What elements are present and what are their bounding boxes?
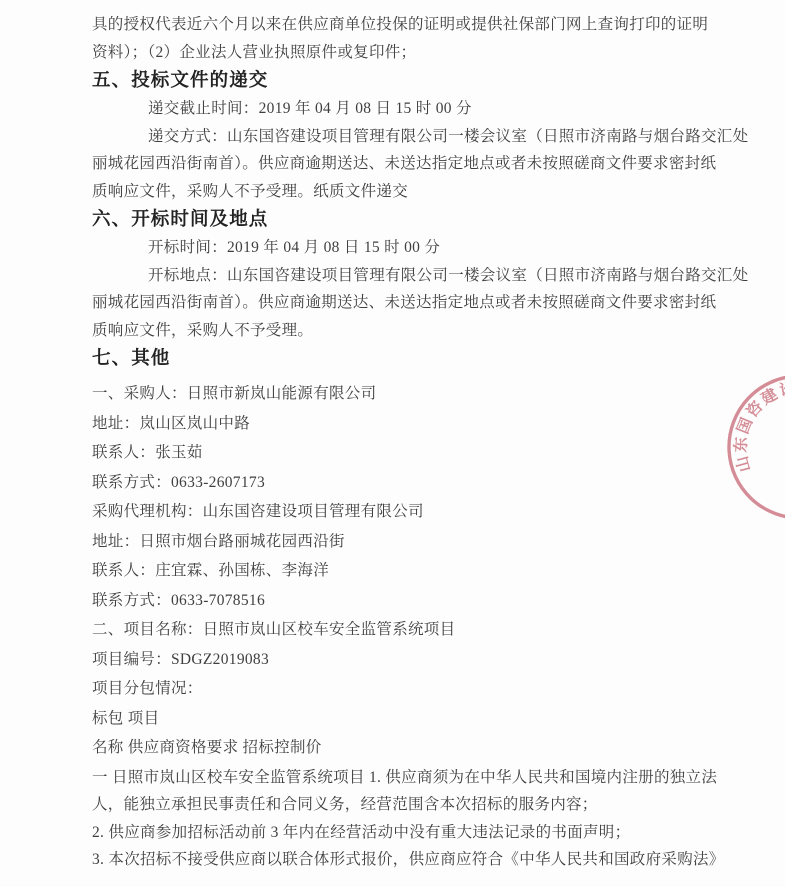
agency-line: 采购代理机构：山东国咨建设项目管理有限公司	[92, 503, 710, 520]
section-heading-bid-opening: 六、开标时间及地点	[92, 210, 710, 230]
svg-text:山东国咨建设项目管理有限公司: 山东国咨建设项目管理有限公司	[715, 362, 785, 532]
purchaser-address-line: 地址：岚山区岚山中路	[92, 415, 710, 432]
submission-method-line: 递交方式：山东国咨建设项目管理有限公司一楼会议室（日照市济南路与烟台路交汇处	[92, 128, 710, 145]
agency-address-line: 地址：日照市烟台路丽城花园西沿街	[92, 533, 710, 550]
project-packages-line: 项目分包情况：	[92, 680, 710, 697]
agency-phone-line: 联系方式：0633-7078516	[92, 592, 710, 609]
project-name-line: 二、项目名称：日照市岚山区校车安全监管系统项目	[92, 621, 710, 638]
agency-contact-line: 联系人：庄宜霖、孙国栋、李海洋	[92, 562, 710, 579]
project-number-line: 项目编号：SDGZ2019083	[92, 651, 710, 668]
section-heading-other: 七、其他	[92, 349, 710, 369]
package-header-line: 标包 项目	[92, 710, 710, 727]
document-line: 丽城花园西沿街南首）。供应商逾期送达、未送达指定地点或者未按照磋商文件要求密封纸	[92, 155, 710, 172]
seal-circular-text: 山东国咨建设项目管理有限公司	[715, 362, 785, 532]
document-line: 资料）；（2）企业法人营业执照原件或复印件；	[92, 44, 710, 61]
package-columns-line: 名称 供应商资格要求 招标控制价	[92, 739, 710, 756]
purchaser-phone-line: 联系方式：0633-2607173	[92, 474, 710, 491]
purchaser-line: 一、采购人：日照市新岚山能源有限公司	[92, 385, 710, 402]
document-body: 具的授权代表近六个月以来在供应商单位投保的证明或提供社保部门网上查询打印的证明 …	[92, 16, 710, 879]
section-heading-submission: 五、投标文件的递交	[92, 71, 710, 91]
bid-opening-time-line: 开标时间：2019 年 04 月 08 日 15 时 00 分	[92, 239, 710, 256]
red-round-seal: 山东国咨建设项目管理有限公司	[715, 362, 785, 532]
document-line: 质响应文件，采购人不予受理。	[92, 322, 710, 339]
qualification-line: 一 日照市岚山区校车安全监管系统项目 1. 供应商须为在中华人民共和国境内注册的…	[92, 769, 710, 786]
document-line: 具的授权代表近六个月以来在供应商单位投保的证明或提供社保部门网上查询打印的证明	[92, 16, 710, 33]
purchaser-contact-line: 联系人：张玉茹	[92, 444, 710, 461]
bid-opening-place-line: 开标地点：山东国咨建设项目管理有限公司一楼会议室（日照市济南路与烟台路交汇处	[92, 267, 710, 284]
scanned-document-page: 具的授权代表近六个月以来在供应商单位投保的证明或提供社保部门网上查询打印的证明 …	[0, 0, 785, 887]
document-line: 质响应文件，采购人不予受理。纸质文件递交	[92, 183, 710, 200]
qualification-line: 2. 供应商参加招标活动前 3 年内在经营活动中没有重大违法记录的书面声明；	[92, 824, 710, 841]
qualification-line: 人，能独立承担民事责任和合同义务，经营范围含本次招标的服务内容；	[92, 796, 710, 813]
submission-deadline-line: 递交截止时间：2019 年 04 月 08 日 15 时 00 分	[92, 100, 710, 117]
qualification-line: 3. 本次招标不接受供应商以联合体形式报价，供应商应符合《中华人民共和国政府采购…	[92, 851, 710, 868]
document-line: 丽城花园西沿街南首）。供应商逾期送达、未送达指定地点或者未按照磋商文件要求密封纸	[92, 294, 710, 311]
